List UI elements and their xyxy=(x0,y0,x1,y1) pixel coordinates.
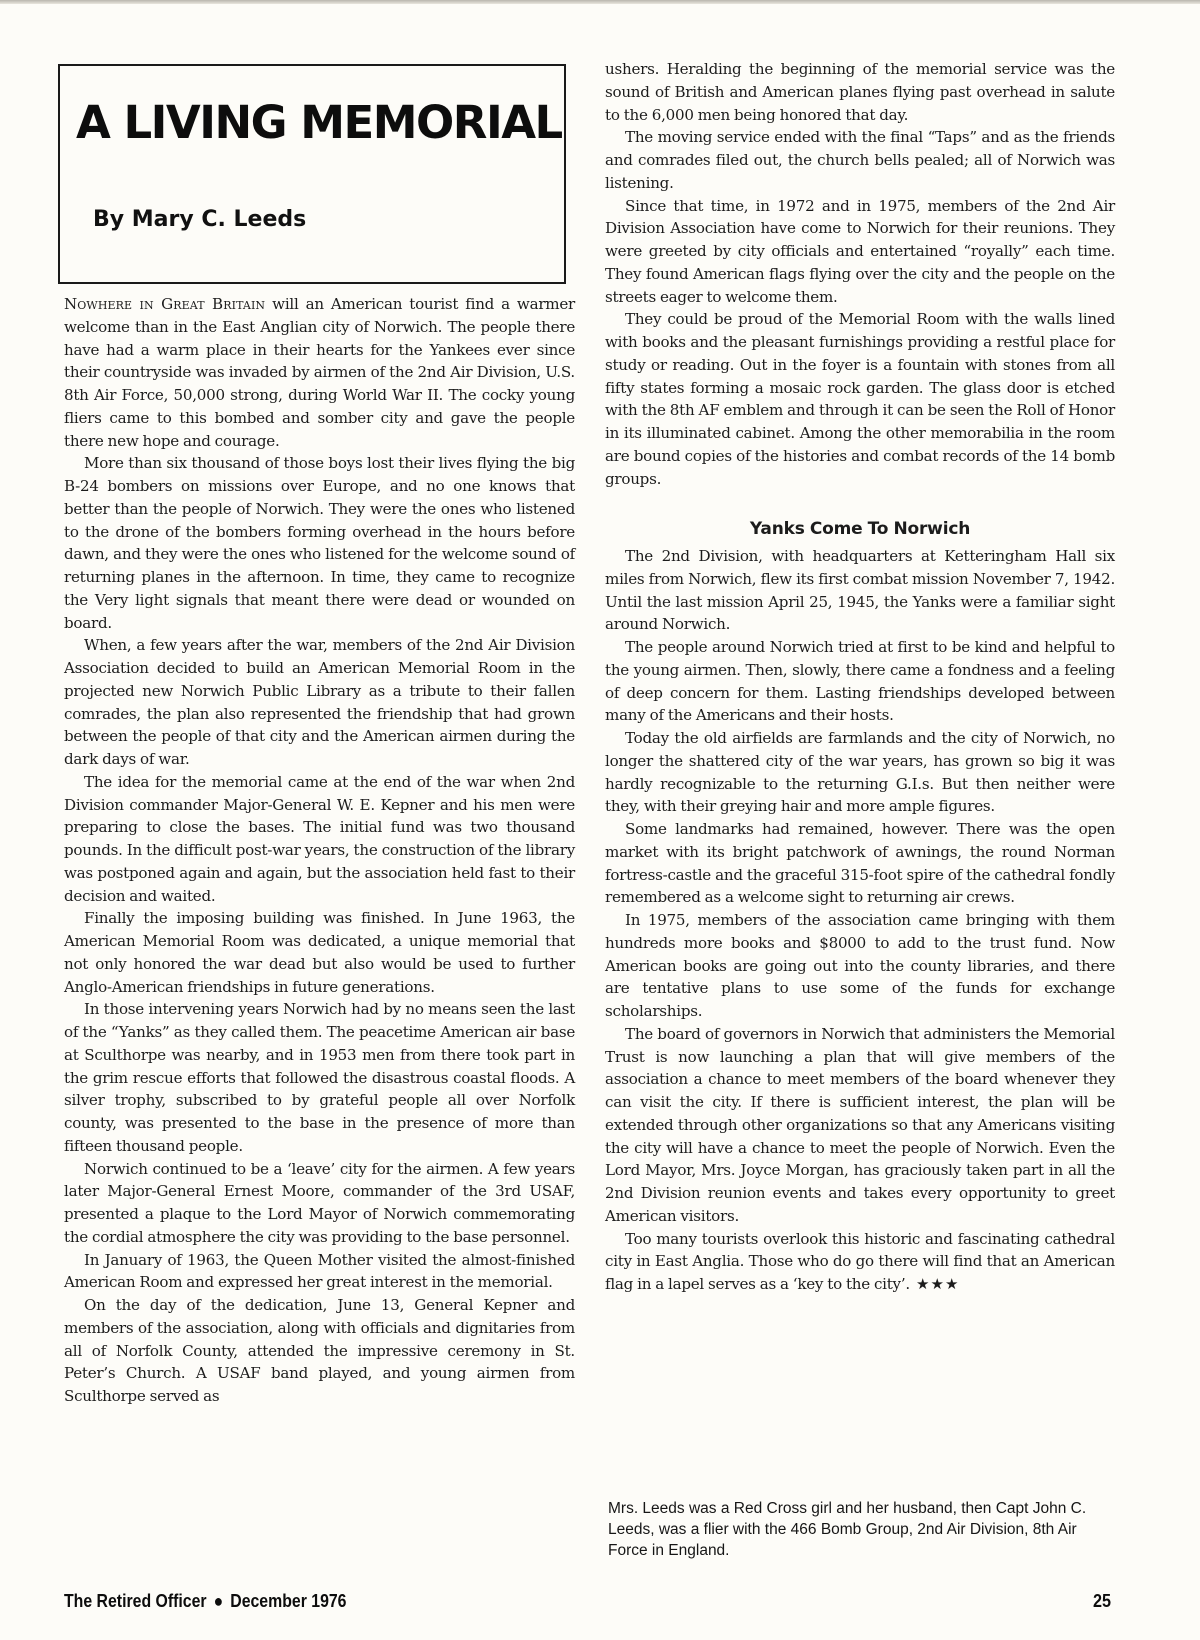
paragraph: The moving service ended with the final … xyxy=(605,126,1115,194)
paragraph-text: Too many tourists overlook this historic… xyxy=(605,1230,1115,1294)
left-column: Nowhere in Great Britain will an America… xyxy=(64,293,575,1408)
paragraph: In 1975, members of the association came… xyxy=(605,909,1115,1023)
paragraph: The 2nd Division, with headquarters at K… xyxy=(605,545,1115,636)
article-byline: By Mary C. Leeds xyxy=(93,207,306,232)
paragraph: In January of 1963, the Queen Mother vis… xyxy=(64,1249,575,1295)
title-box: A LIVING MEMORIAL By Mary C. Leeds xyxy=(58,64,566,284)
paragraph: Norwich continued to be a ‘leave’ city f… xyxy=(64,1158,575,1249)
paragraph: They could be proud of the Memorial Room… xyxy=(605,308,1115,490)
paragraph: Today the old airfields are farmlands an… xyxy=(605,727,1115,818)
issue-date: December 1976 xyxy=(230,1591,346,1611)
page-number: 25 xyxy=(1093,1591,1111,1612)
paragraph: Finally the imposing building was finish… xyxy=(64,907,575,998)
bullet-separator-icon: ● xyxy=(214,1591,224,1611)
lead-smallcaps: Nowhere in Great Britain xyxy=(64,295,265,313)
lead-paragraph: Nowhere in Great Britain will an America… xyxy=(64,293,575,452)
paragraph: The idea for the memorial came at the en… xyxy=(64,771,575,908)
paragraph: When, a few years after the war, members… xyxy=(64,634,575,771)
right-column: ushers. Heralding the beginning of the m… xyxy=(605,58,1115,1296)
paragraph: More than six thousand of those boys los… xyxy=(64,452,575,634)
footer-publication-line: The Retired Officer●December 1976 xyxy=(64,1591,346,1612)
end-mark-stars-icon: ★★★ xyxy=(916,1275,960,1293)
paragraph: The board of governors in Norwich that a… xyxy=(605,1023,1115,1228)
page-top-edge xyxy=(0,0,1200,4)
closing-paragraph: Too many tourists overlook this historic… xyxy=(605,1228,1115,1296)
paragraph: Some landmarks had remained, however. Th… xyxy=(605,818,1115,909)
article-title: A LIVING MEMORIAL xyxy=(76,96,562,149)
paragraph: On the day of the dedication, June 13, G… xyxy=(64,1294,575,1408)
paragraph: In those intervening years Norwich had b… xyxy=(64,998,575,1157)
paragraph: Since that time, in 1972 and in 1975, me… xyxy=(605,195,1115,309)
section-subhead: Yanks Come To Norwich xyxy=(605,518,1115,541)
paragraph-continued: ushers. Heralding the beginning of the m… xyxy=(605,58,1115,126)
paragraph: The people around Norwich tried at first… xyxy=(605,636,1115,727)
author-note: Mrs. Leeds was a Red Cross girl and her … xyxy=(608,1498,1120,1561)
publication-name: The Retired Officer xyxy=(64,1591,207,1611)
paragraph-text: will an American tourist find a warmer w… xyxy=(64,295,575,450)
